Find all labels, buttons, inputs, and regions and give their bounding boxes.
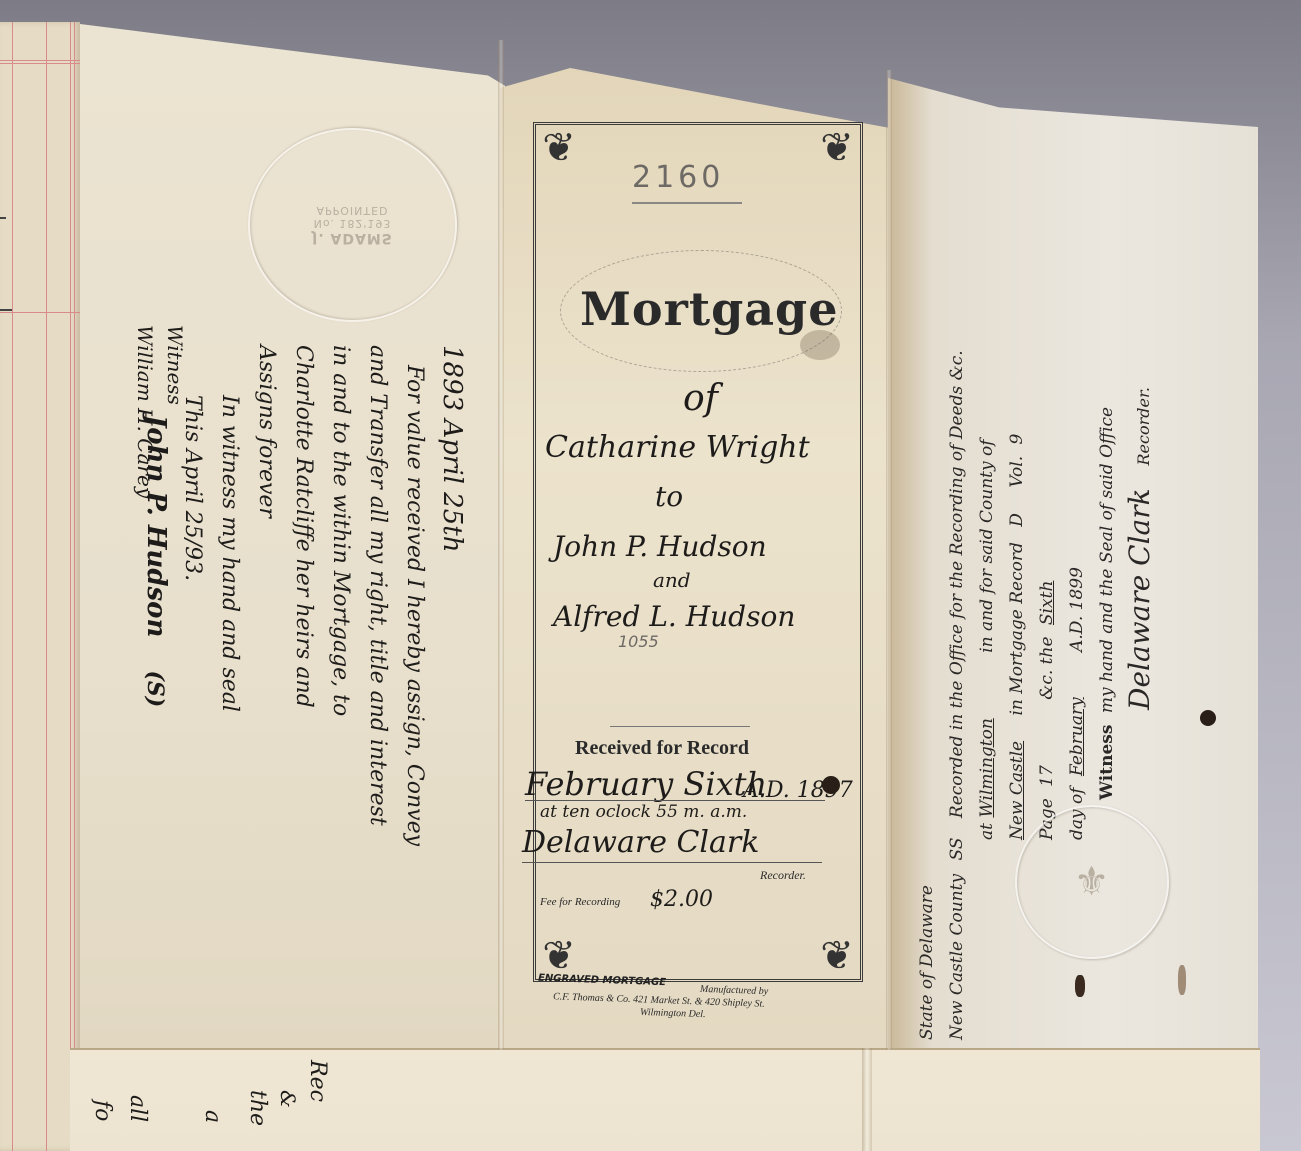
witness-label: Witness <box>160 325 190 498</box>
recorded-line: Recorded in the Office for the Recording… <box>947 350 967 818</box>
witness-label: Witness <box>1097 725 1117 800</box>
received-time: at ten oclock 55 m. a.m. <box>540 802 747 822</box>
fold-crease <box>886 70 892 1050</box>
embossed-notary-seal: J. ADAMS No. 182'193 APPOINTED <box>248 128 457 322</box>
ink-blot <box>1200 710 1216 726</box>
label: at <box>977 823 997 840</box>
bottom-fragment: all <box>125 1095 150 1122</box>
witness-text: my hand and the Seal of said Office <box>1097 407 1117 713</box>
month-value: February <box>1067 697 1087 776</box>
embossed-recorder-seal: ⚜ <box>1015 805 1169 959</box>
bottom-fragment: the <box>245 1090 270 1126</box>
fold-crease <box>862 1048 872 1151</box>
stain <box>1178 965 1186 995</box>
of-word: of <box>683 378 718 419</box>
to-word: to <box>655 480 683 513</box>
assignment-line: For value received I hereby assign, Conv… <box>396 345 433 846</box>
fee-label: Fee for Recording <box>540 896 620 908</box>
assignment-line: in and to the within Mortgage, to <box>322 345 359 846</box>
seal-mark: (S) <box>142 670 168 707</box>
ornament-icon: ❦ <box>810 121 864 175</box>
ledger-rule <box>74 22 75 1151</box>
ornament-icon: ❦ <box>810 929 864 983</box>
seal-text: APPOINTED <box>316 204 388 217</box>
label: in and for said County of <box>977 439 997 652</box>
docket-number: 2160 <box>632 160 724 195</box>
ink-blot <box>822 776 840 794</box>
ss-label: SS <box>947 838 967 861</box>
received-signature: Delaware Clark <box>522 825 759 860</box>
received-heading: Received for Record <box>575 737 749 760</box>
ruled-line <box>522 862 822 863</box>
seal-emblem-icon: ⚜ <box>1074 859 1111 905</box>
bottom-fragment: fo <box>90 1100 115 1121</box>
page-value: 17 <box>1037 765 1057 787</box>
ledger-rule <box>0 63 80 64</box>
city-value: Wilmington <box>977 718 997 817</box>
recorder-signature: Delaware Clark <box>1123 488 1156 710</box>
recorder-label: Recorder. <box>760 868 806 883</box>
assignment-line: In witness my hand and seal <box>211 345 248 846</box>
volume-value: 9 <box>1007 434 1027 445</box>
ink-mark <box>0 217 6 219</box>
stain <box>800 330 840 360</box>
county-value: New Castle <box>1007 741 1027 840</box>
bottom-fragment: Rec <box>305 1060 330 1102</box>
state-line: State of Delaware <box>917 885 937 1040</box>
document-title: Mortgage <box>580 282 838 336</box>
assignment-witness: Witness William H. Carey <box>130 325 190 498</box>
ink-mark <box>0 309 12 311</box>
label: in Mortgage Record <box>1007 542 1027 715</box>
ink-blot <box>1075 975 1085 997</box>
mortgagee-name-1: John P. Hudson <box>553 530 767 563</box>
imprint-city: Wilmington Del. <box>640 1007 706 1020</box>
ornament-icon: ❦ <box>532 121 586 175</box>
bottom-fragment: a <box>200 1110 225 1123</box>
label: Vol. <box>1007 456 1027 488</box>
witness-name: William H. Carey <box>130 325 160 498</box>
mortgagor-name: Catharine Wright <box>545 430 810 465</box>
pencil-number: 1055 <box>618 632 659 651</box>
assignment-line: Charlotte Ratcliffe her heirs and <box>285 345 322 846</box>
label: &c. the <box>1037 636 1057 699</box>
divider <box>610 726 750 727</box>
assignment-line: and Transfer all my right, title and int… <box>359 345 396 846</box>
county-line: New Castle County <box>947 874 967 1040</box>
pencil-underline <box>632 202 742 204</box>
assignment-date: 1893 April 25th <box>433 345 470 846</box>
ledger-rule <box>12 22 13 1151</box>
ledger-rule <box>0 312 80 313</box>
ledger-rule <box>70 22 71 1151</box>
and-word: and <box>653 568 691 592</box>
year-value: A.D. 1899 <box>1067 567 1087 652</box>
fold-crease <box>498 40 504 1050</box>
ledger-rule <box>0 60 80 61</box>
record-letter: D <box>1007 513 1027 527</box>
seal-text: J. ADAMS <box>312 230 393 246</box>
fee-amount: $2.00 <box>650 887 713 912</box>
recorder-label: Recorder. <box>1134 387 1153 465</box>
assignment-line: Assigns forever <box>248 345 285 846</box>
received-date: February Sixth <box>525 765 767 803</box>
seal-text: No. 182'193 <box>314 217 392 230</box>
day-value: Sixth <box>1037 581 1057 625</box>
mortgagee-name-2: Alfred L. Hudson <box>553 600 795 633</box>
ledger-sheet <box>0 22 80 1151</box>
ledger-rule <box>46 22 47 1151</box>
bottom-fragment: & <box>276 1090 300 1108</box>
imprint-manufactured: Manufactured by <box>700 984 769 997</box>
ruled-line <box>525 800 825 801</box>
